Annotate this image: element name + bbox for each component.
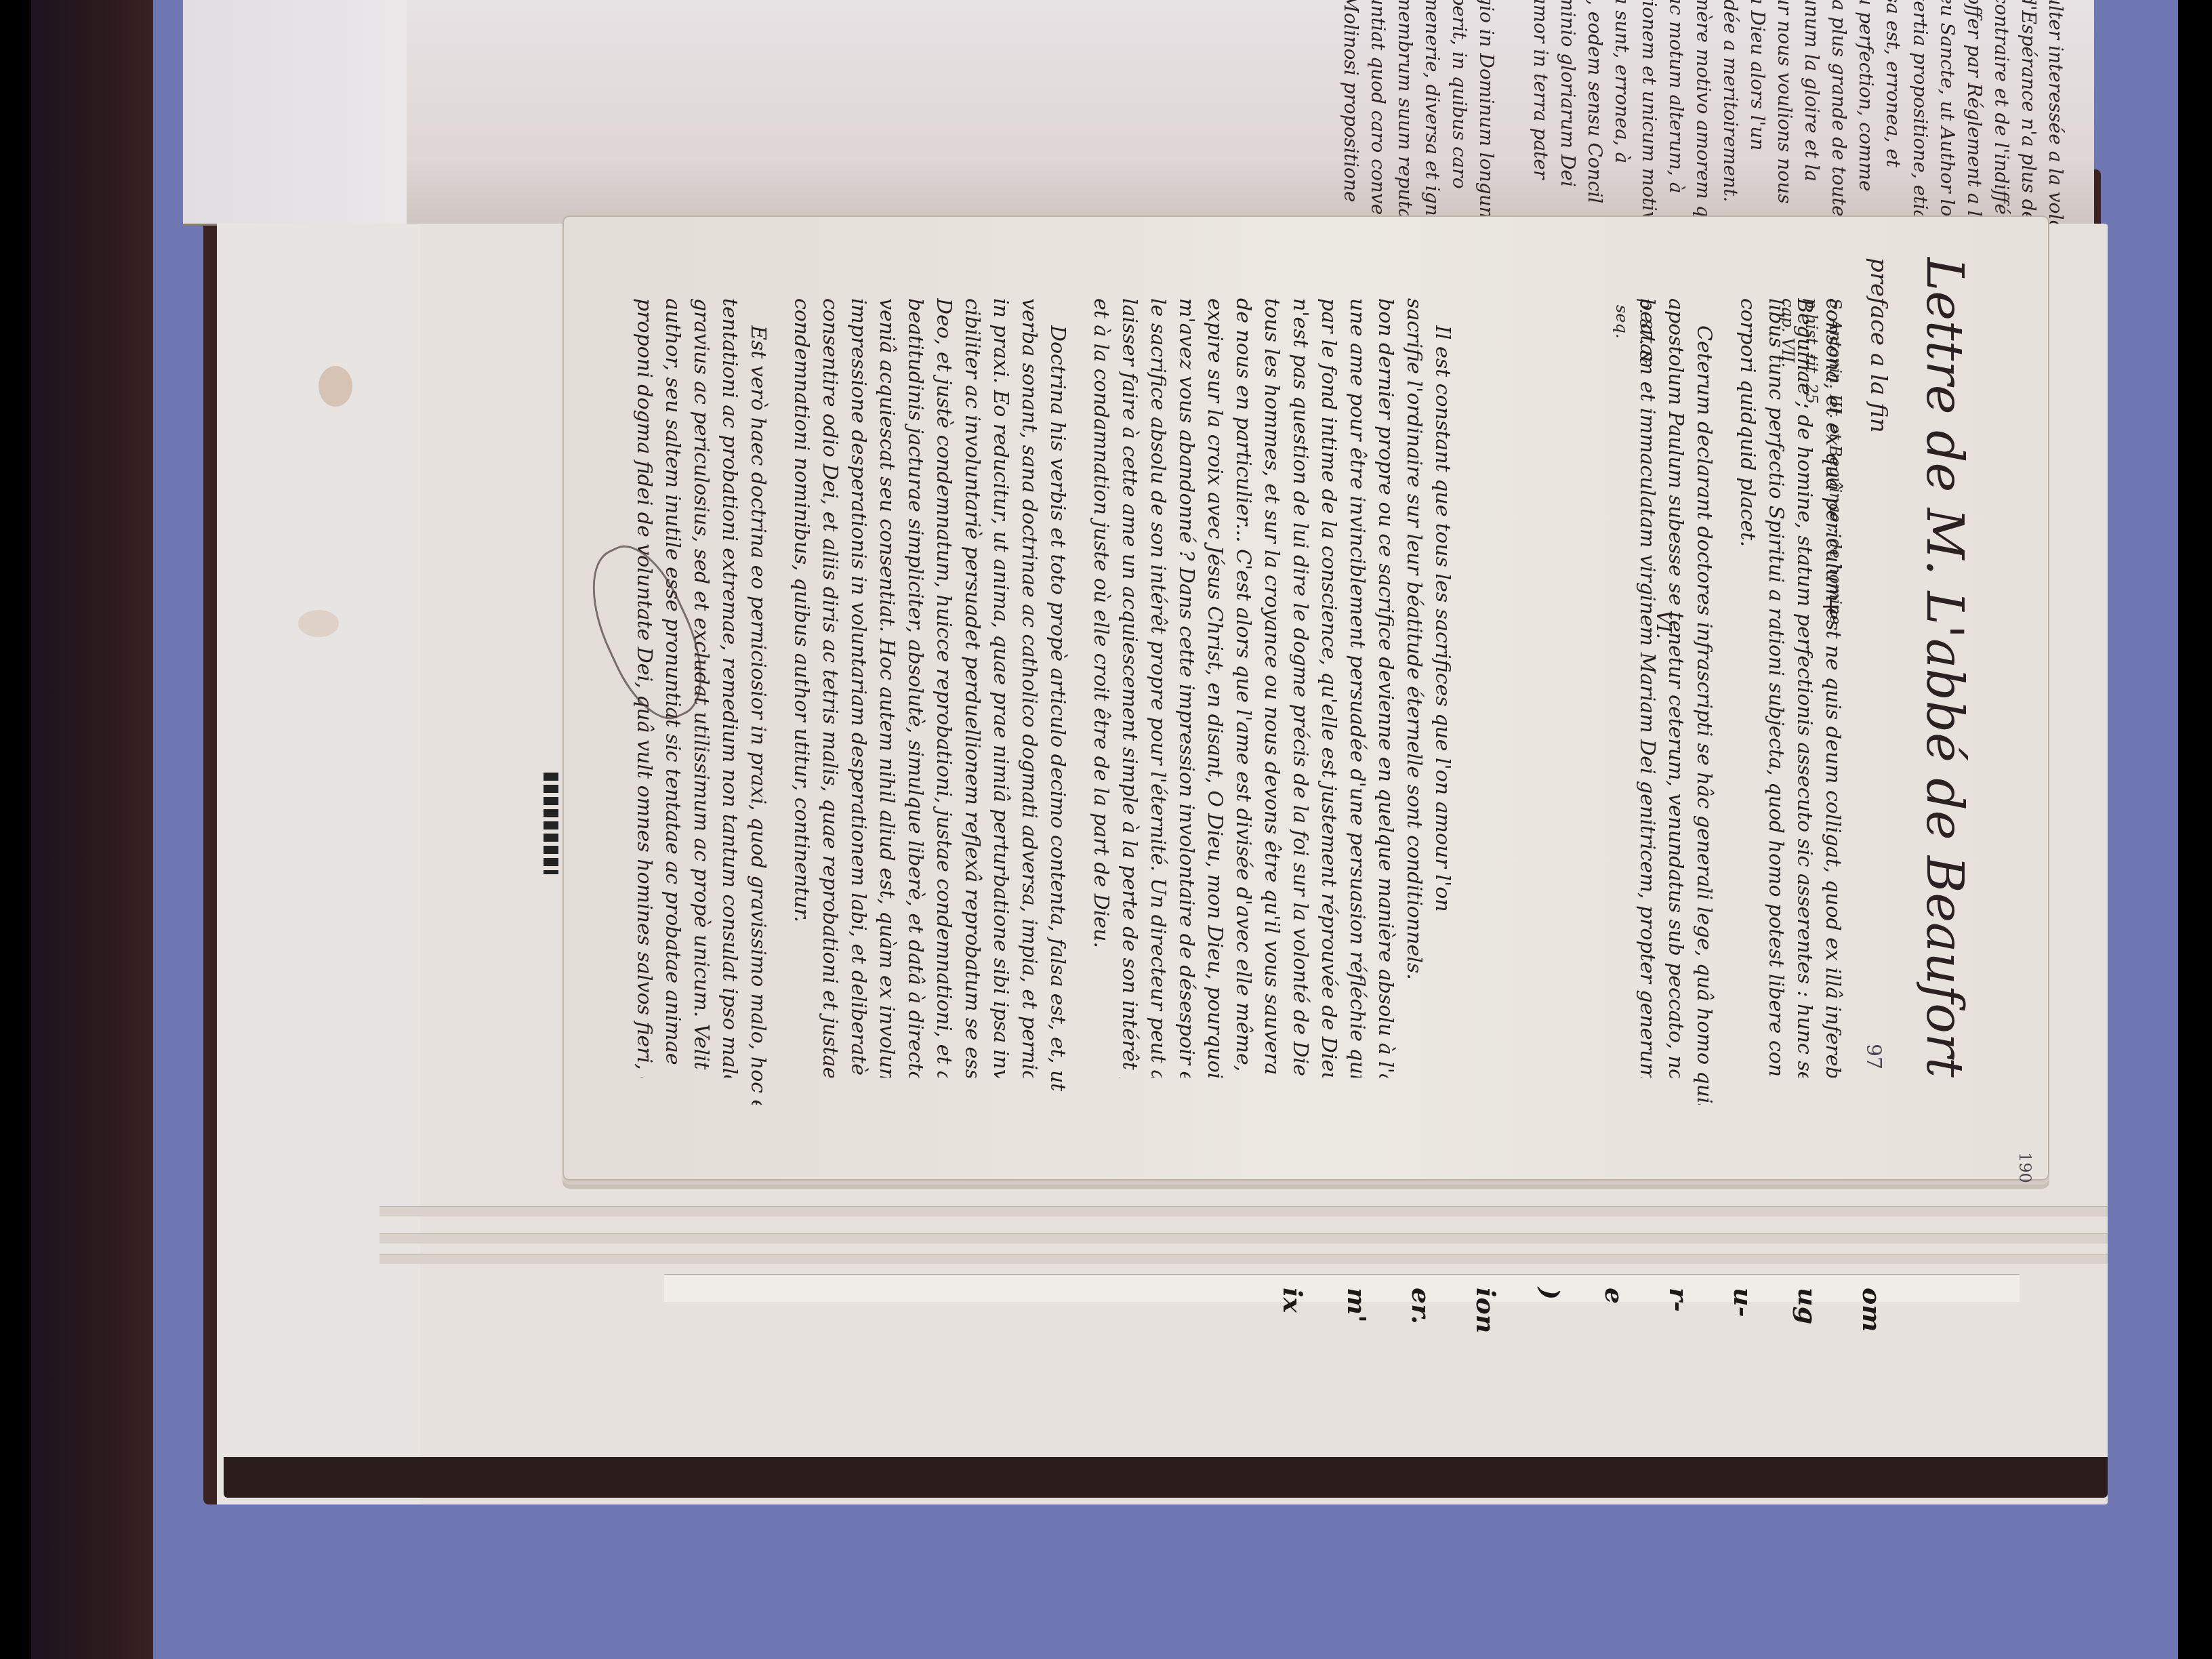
letter-line: par le fond intime de la conscience, qu'…	[1317, 298, 1340, 1078]
facing-page-line: unum la gloire et la	[1801, 0, 1823, 224]
letter-line: Il est constant que tous les sacrifices …	[1431, 325, 1454, 1105]
letter-line: de nous en particulier... C'est alors qu…	[1231, 298, 1255, 1078]
facing-page-line: idée a meritoirement.	[1719, 0, 1742, 224]
black-border-right	[2178, 0, 2212, 1659]
facing-page-blank-margin	[183, 0, 407, 224]
letter-line: Ceterum declarant doctores infrascripti …	[1692, 325, 1716, 1105]
letter-line: laisser faire à cette ame un acquiesceme…	[1118, 298, 1141, 1078]
strip-fragment: m'	[1342, 1288, 1372, 1323]
strip-fragment: er.	[1406, 1288, 1437, 1324]
letter-line: sacrifie l'ordinaire sur leur béatitude …	[1402, 298, 1426, 1078]
letter-line: beatitudinis jacturae simpliciter, absol…	[903, 298, 927, 1078]
letter-line: bon dernier propre ou ce sacrifice devie…	[1374, 298, 1397, 1078]
letter-sheet: preface a la fin Lettre de M. L'abbé de …	[562, 216, 2049, 1181]
facing-page-line: sa est, erronea, et	[1882, 0, 1904, 224]
letter-title: Lettre de M. L'abbé de Beaufort	[1915, 258, 1973, 1078]
page-edge	[380, 1233, 2108, 1244]
letter-line: condemnationi nominibus, quibus author u…	[790, 298, 813, 1078]
facing-page-text: ulter interessée a la volontéd'Espérance…	[427, 0, 2081, 224]
facing-page-line: membrum suum reputa	[1394, 0, 1416, 224]
facing-page-line: eu Sancte, ut Author loquitur	[1936, 0, 1959, 224]
black-border-left	[0, 0, 31, 1659]
facing-page-line: Molinosi propositione	[1340, 0, 1362, 224]
page-number: 190	[2015, 1152, 2034, 1183]
strip-fragment: ix	[1277, 1288, 1308, 1313]
facing-page: ulter interessée a la volontéd'Espérance…	[183, 0, 2094, 226]
dark-book-case	[31, 0, 153, 1659]
facing-page-line: tertia propositione, etiam	[1909, 0, 1931, 224]
letter-line: tentationi ac probationi extremae, remed…	[718, 298, 741, 1078]
page-edge	[380, 1254, 2108, 1264]
letter-line: apostolum Paulum subesse se tenetur cete…	[1664, 298, 1687, 1078]
facing-page-line: ur nous voulions nous	[1774, 0, 1796, 224]
burnt-page-edge	[224, 1457, 2108, 1498]
facing-page-line: ulter interessée a la volonté	[2045, 0, 2067, 224]
letter-line: Doctrina his verbis et toto propè articu…	[1046, 325, 1069, 1105]
letter-line: Est verò haec doctrina eo perniciosior i…	[746, 325, 770, 1105]
letter-line: corpori quidquid placet.	[1736, 298, 1759, 1078]
facing-page-line: minio gloriarum Dei	[1557, 0, 1579, 224]
superscript-note: preface a la fin	[1865, 258, 1892, 433]
facing-page-line: contraire et de l'indifférence	[1990, 0, 2013, 224]
letter-line: libus tunc perfectio Spiritui a rationi …	[1764, 298, 1788, 1078]
strip-fragment: )	[1535, 1288, 1565, 1300]
folio-number: 97	[1862, 1044, 1885, 1069]
facing-page-line: a sunt, erronea, à	[1611, 0, 1633, 224]
strip-fragment: ion	[1471, 1288, 1501, 1333]
letter-line: expire sur la croix avec Jésus Christ, e…	[1203, 298, 1227, 1078]
facing-page-line: menerie, diversa et ignor	[1421, 0, 1443, 224]
facing-page-line: ac motum alterum, à	[1665, 0, 1687, 224]
facing-page-line: a Dieu alors l'un	[1746, 0, 1769, 224]
letter-line: n'est pas question de lui dire le dogme …	[1288, 298, 1312, 1078]
facing-page-line: la plus grande de toutes	[1828, 0, 1850, 224]
letter-line: verba sonant, sana doctrinae ac catholic…	[1017, 298, 1041, 1078]
letter-line: consentire odio Dei, et aliis diris ac t…	[818, 298, 842, 1078]
strip-fragment: r-	[1664, 1288, 1694, 1312]
ink-stamp	[544, 773, 558, 874]
letter-line: une ame pour être invinciblement persuad…	[1345, 298, 1369, 1078]
strip-fragment: om	[1857, 1288, 1887, 1332]
letter-line: veniâ acquiescat seu consentiat. Hoc aut…	[875, 298, 899, 1078]
facing-page-line: mère motivo amorem que	[1692, 0, 1715, 224]
letter-line: cibiliter ac involuntariè persuadet perd…	[960, 298, 984, 1078]
letter-line: Beguinae ; de homine, statum perfectioni…	[1793, 298, 1816, 1078]
facing-page-line: gio in Dominum longum	[1475, 0, 1498, 224]
blank-leaf	[217, 224, 420, 1504]
facing-page-line: perit, in quibus caro	[1448, 0, 1471, 224]
letter-line: beatam et immaculatam virginem Mariam De…	[1635, 298, 1659, 1078]
water-stain	[319, 366, 352, 407]
letter-line: et à la condamnation juste où elle croit…	[1089, 298, 1113, 1078]
letter-line: Deo, et justè condemnatum, huicce reprob…	[932, 298, 956, 1078]
letter-line: m'avez vous abandonné ? Dans cette impre…	[1174, 298, 1198, 1078]
facing-page-line: d'Espérance n'a plus de	[2018, 0, 2040, 224]
letter-line: consona, et ex quâ periculum est ne quis…	[1821, 298, 1845, 1078]
letter-line: in praxi. Eo reducitur, ut anima, quae p…	[989, 298, 1012, 1078]
letter-line: impressione desperationis in voluntariam…	[846, 298, 870, 1078]
facing-page-line: amor in terra pater	[1530, 0, 1552, 224]
letter-line: le sacrifice absolu de son intérêt propr…	[1146, 298, 1170, 1078]
margin-note: seq.	[1612, 305, 1631, 339]
water-stain	[298, 610, 339, 637]
strip-fragment: ug	[1793, 1288, 1823, 1324]
strip-fragment: u-	[1728, 1288, 1759, 1317]
facing-page-line: offer par Réglement a la	[1963, 0, 1986, 224]
facing-page-line: u perfection, comme	[1855, 0, 1877, 224]
facing-page-line: i, eodem sensu Concil	[1584, 0, 1606, 224]
strip-fragment: e	[1599, 1288, 1630, 1304]
facing-page-line: tionem et unicum motivum	[1638, 0, 1660, 224]
manuscript-photo: ulter interessée a la volontéd'Espérance…	[0, 0, 2212, 1659]
page-edge	[380, 1206, 2108, 1216]
facing-page-line: untiat quod caro conveni	[1367, 0, 1389, 224]
letter-line: tous les hommes, et sur la croyance ou n…	[1260, 298, 1284, 1078]
